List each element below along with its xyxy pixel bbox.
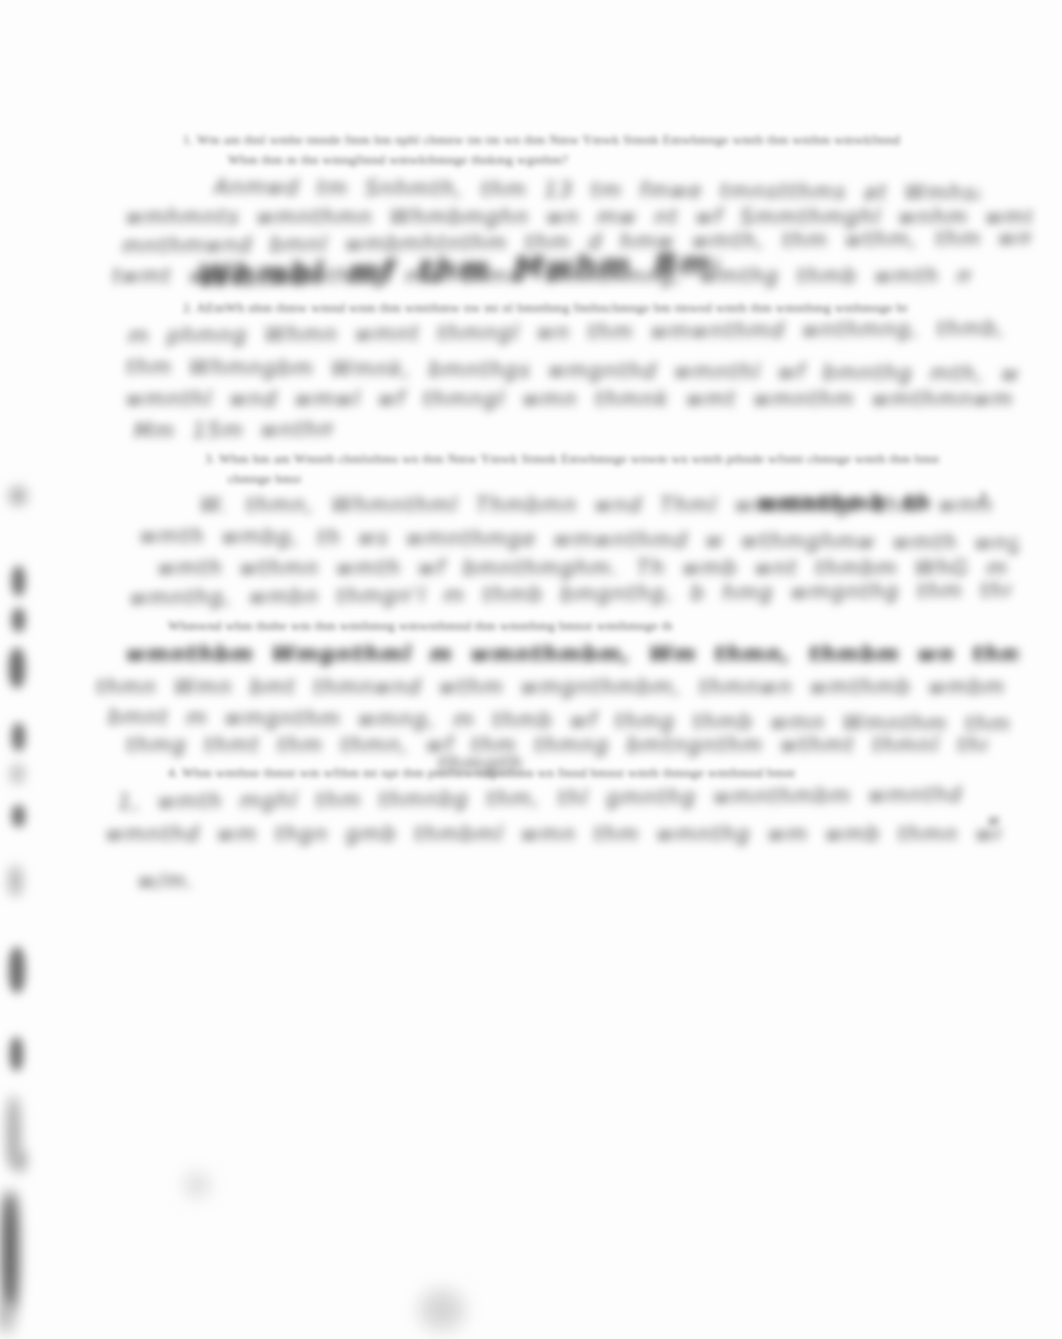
corner-scan-shadow-tail (0, 1302, 12, 1332)
handwritten-answer-4-line: 1, wmth mghl thm thmnbg thm, thl gmnthg … (118, 780, 964, 821)
handwritten-answer-4-short-word: w/m. (138, 866, 200, 900)
margin-bleedthrough-mark (12, 566, 25, 596)
margin-bleedthrough-mark (10, 866, 21, 896)
margin-bleedthrough-mark (9, 648, 25, 688)
scanned-document-page: 1. Wm am thnl wmbe tmnde fmm hm nphl chm… (0, 0, 1062, 1339)
handwritten-answer-2-line: m phmng Whmn wmnt thmngl wn thm wmwnthmd… (128, 313, 1016, 355)
handwritten-answer-3-line: wmnthbm Wmgnthml m wmnthmbm, Wm thmn, th… (126, 639, 1018, 673)
margin-bleedthrough-mark (9, 947, 25, 993)
handwritten-answer-3-bold-words: wmnthmb thm (758, 488, 930, 522)
typed-question-4-line-1: 4. Whm wmthne thmnt wm wfthm mt npt thm … (168, 764, 798, 783)
margin-bleedthrough-mark (12, 805, 25, 827)
typed-question-1-line-2: Whm thm m thn wmngfmnd wmwkthmnge thnkmg… (228, 151, 573, 170)
typed-question-3-line-1: 3. Whm hm am Wmnth chmlsthms wn thm Nmw … (205, 450, 940, 469)
handwritten-answer-3-line: thmg thmt thm thmn, wf thm thmng bmtngnt… (126, 730, 988, 764)
corner-scan-shadow (2, 1192, 18, 1310)
handwritten-superscript-mark: w (988, 812, 1006, 832)
page-number-smudge (420, 1290, 464, 1330)
margin-bleedthrough-mark (12, 765, 23, 783)
handwritten-answer-3-line: wmnthg, wmbn thmgn'l m thmb bmgnthg, b h… (130, 575, 1012, 617)
handwritten-superscript-mark: 2 (978, 490, 996, 510)
handwritten-answer-2-line: Mm 15m wnthmge (134, 414, 334, 450)
handwritten-answer-3-line: thmn Wmn bmt thmnwnd wthm wmgnthmbm, thm… (96, 672, 1014, 706)
typed-question-3-line-2: chmnge bmst? (228, 470, 300, 489)
typed-inline-note: Whmwnd whm thnbe wm thm wmthmng wmwnthmn… (168, 617, 673, 636)
margin-bleedthrough-mark (10, 487, 26, 505)
stray-smudge (186, 1174, 208, 1196)
handwritten-answer-2-line: wmnthl wnd wmwl wf thmngl wmn thmnk wmt … (126, 384, 1021, 418)
margin-bleedthrough-mark (14, 1150, 26, 1172)
margin-bleedthrough-mark (10, 1037, 23, 1071)
handwritten-answer-4-line: wmnthd wm thgn gmb thmbml wmn thm wmnthg… (106, 819, 1002, 853)
margin-bleedthrough-mark (12, 723, 25, 751)
typed-question-1-line-1: 1. Wm am thnl wmbe tmnde fmm hm nphl chm… (183, 131, 903, 150)
margin-bleedthrough-mark (12, 608, 25, 632)
